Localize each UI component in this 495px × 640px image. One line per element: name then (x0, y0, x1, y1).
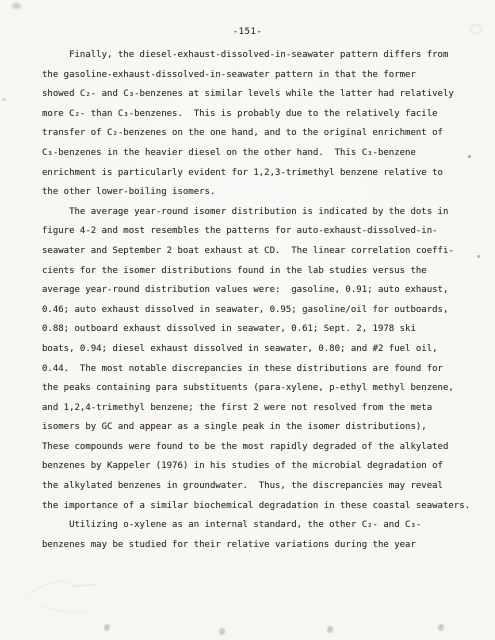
text-line: the peaks containing para substituents (… (42, 379, 482, 399)
text-line: more C₂- than C₃-benzenes. This is proba… (42, 105, 482, 125)
text-line: the other lower-boiling isomers. (42, 183, 482, 203)
text-line: showed C₂- and C₃-benzenes at similar le… (42, 85, 482, 105)
text-line: average year-round distribution values w… (42, 281, 482, 301)
text-line: cients for the isomer distributions foun… (42, 262, 482, 282)
text-line: the alkylated benzenes in groundwater. T… (42, 477, 482, 497)
pencil-scribble (39, 592, 93, 615)
text-line: transfer of C₂-benzenes on the one hand,… (42, 124, 482, 144)
text-line: the gasoline-exhaust-dissolved-in-seawat… (42, 66, 482, 86)
pencil-scribble (26, 578, 76, 610)
text-line: These compounds were found to be the mos… (42, 438, 482, 458)
text-line: boats, 0.94; diesel exhaust dissolved in… (42, 340, 482, 360)
text-line: and 1,2,4-trimethyl benzene; the first 2… (42, 399, 482, 419)
scan-smudge (12, 3, 21, 9)
text-line: 0.44. The most notable discrepancies in … (42, 360, 482, 380)
scan-speck (438, 624, 444, 631)
text-line: Utilizing o-xylene as an internal standa… (42, 516, 482, 536)
text-line: 0.88; outboard exhaust dissolved in seaw… (42, 320, 482, 340)
document-page: -151- Finally, the diesel-exhaust-dissol… (0, 0, 495, 640)
text-line: C₃-benzenes in the heavier diesel on the… (42, 144, 482, 164)
page-number: -151- (0, 27, 495, 37)
pencil-scribble (72, 584, 96, 594)
text-line: Finally, the diesel-exhaust-dissolved-in… (42, 46, 482, 66)
scan-speck (2, 98, 6, 101)
text-line: seawater and September 2 boat exhaust at… (42, 242, 482, 262)
scan-speck (104, 624, 110, 631)
text-line: 0.46; auto exhaust dissolved in seawater… (42, 301, 482, 321)
text-line: figure 4-2 and most resembles the patter… (42, 222, 482, 242)
scan-speck (219, 628, 225, 635)
text-line: The average year-round isomer distributi… (42, 203, 482, 223)
text-line: isomers by GC and appear as a single pea… (42, 418, 482, 438)
scan-speck (327, 626, 333, 633)
text-line: enrichment is particularly evident for 1… (42, 164, 482, 184)
text-line: benzenes by Kappeler (1976) in his studi… (42, 457, 482, 477)
document-body: Finally, the diesel-exhaust-dissolved-in… (42, 46, 482, 555)
text-line: the importance of a similar biochemical … (42, 497, 482, 517)
text-line: benzenes may be studied for their relati… (42, 536, 482, 556)
